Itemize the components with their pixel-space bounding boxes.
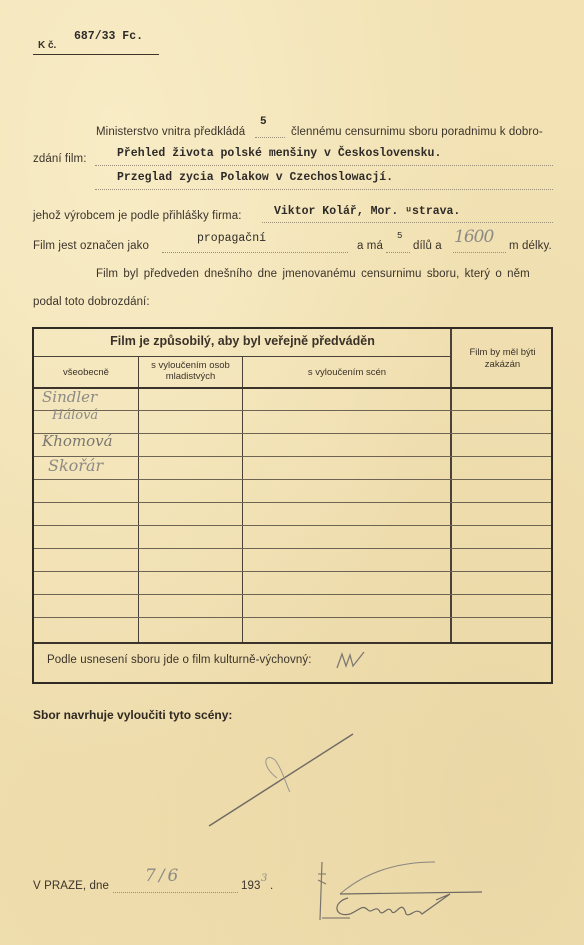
header-bottom-line [34, 387, 551, 389]
col-divider-2 [242, 356, 243, 642]
row-line [34, 456, 551, 457]
exclusions-strike-mark-icon [205, 730, 360, 830]
committee-signature-3: Khomová [42, 432, 113, 450]
committee-signature-2: Hálová [52, 408, 98, 423]
producer-value: Viktor Kolář, Mor. ᵘstrava. [274, 205, 460, 218]
parts-suffix: dílů a [413, 240, 442, 252]
committee-signature-1: Sindler [42, 388, 97, 406]
date-value-handwritten: 7/6 [145, 866, 181, 886]
screening-text-2: podal toto dobrozdání: [33, 296, 150, 308]
parts-value: 5 [397, 231, 402, 241]
column-header-excl-minors: s vyloučením osob mladistvých [139, 360, 242, 382]
length-value-handwritten: 1600 [454, 227, 493, 247]
year-prefix: 193 [241, 880, 261, 892]
row-line [34, 525, 551, 526]
table-header-banned: Film by měl býti zakázán [452, 347, 553, 371]
film-title-polish: Przeglad zycia Polakow v Czechoslowacjí. [117, 171, 393, 184]
row-line [34, 410, 551, 411]
reference-label: K č. [38, 40, 56, 51]
zdani-film-label: zdání film: [33, 153, 87, 165]
row-line [34, 502, 551, 503]
member-number: 5 [260, 116, 267, 128]
table-body-bottom-line [34, 642, 551, 644]
column-header-general: všeobecně [34, 367, 138, 378]
length-suffix: m délky. [509, 240, 552, 252]
reference-number: 687/33 Fc. [74, 30, 143, 43]
place-label: V PRAZE, dne [33, 880, 109, 892]
column-header-excl-scenes: s vyloučením scén [243, 367, 451, 378]
cultural-film-mark-icon [334, 648, 370, 672]
table-header-main: Film je způsobilý, aby byl veřejně předv… [34, 334, 451, 348]
screening-text-1: Film byl předveden dnešního dne jmenovan… [96, 268, 554, 280]
signature-mark-icon [310, 858, 490, 928]
row-line [34, 479, 551, 480]
row-line [34, 617, 551, 618]
row-line [34, 594, 551, 595]
exclusions-label-text: Sbor navrhuje vyloučiti tyto scény: [33, 708, 232, 722]
assessment-table: Film je způsobilý, aby byl veřejně předv… [32, 327, 553, 684]
signature-text: Lemberk [320, 905, 324, 906]
cultural-film-label: Podle usnesení sboru jde o film kulturně… [47, 654, 312, 666]
reference-underline [33, 54, 159, 55]
designation-value: propagační [197, 232, 266, 245]
film-title-czech: Přehled života polské menšiny v Českoslo… [117, 147, 441, 160]
row-line [34, 571, 551, 572]
designation-label: Film jest označen jako [33, 240, 149, 252]
year-suffix-handwritten: 3 [261, 873, 267, 884]
row-line [34, 548, 551, 549]
col-divider-1 [138, 356, 139, 642]
committee-signature-4: Skořár [48, 456, 103, 475]
parts-label: a má [357, 240, 383, 252]
col-divider-3 [450, 329, 452, 642]
year-period: . [270, 880, 273, 892]
intro-prefix: Ministerstvo vnitra předkládá [96, 126, 245, 138]
producer-label: jehož výrobcem je podle přihlášky firma: [33, 210, 242, 222]
intro-suffix: člennému censurnimu sboru poradnimu k do… [291, 126, 543, 138]
